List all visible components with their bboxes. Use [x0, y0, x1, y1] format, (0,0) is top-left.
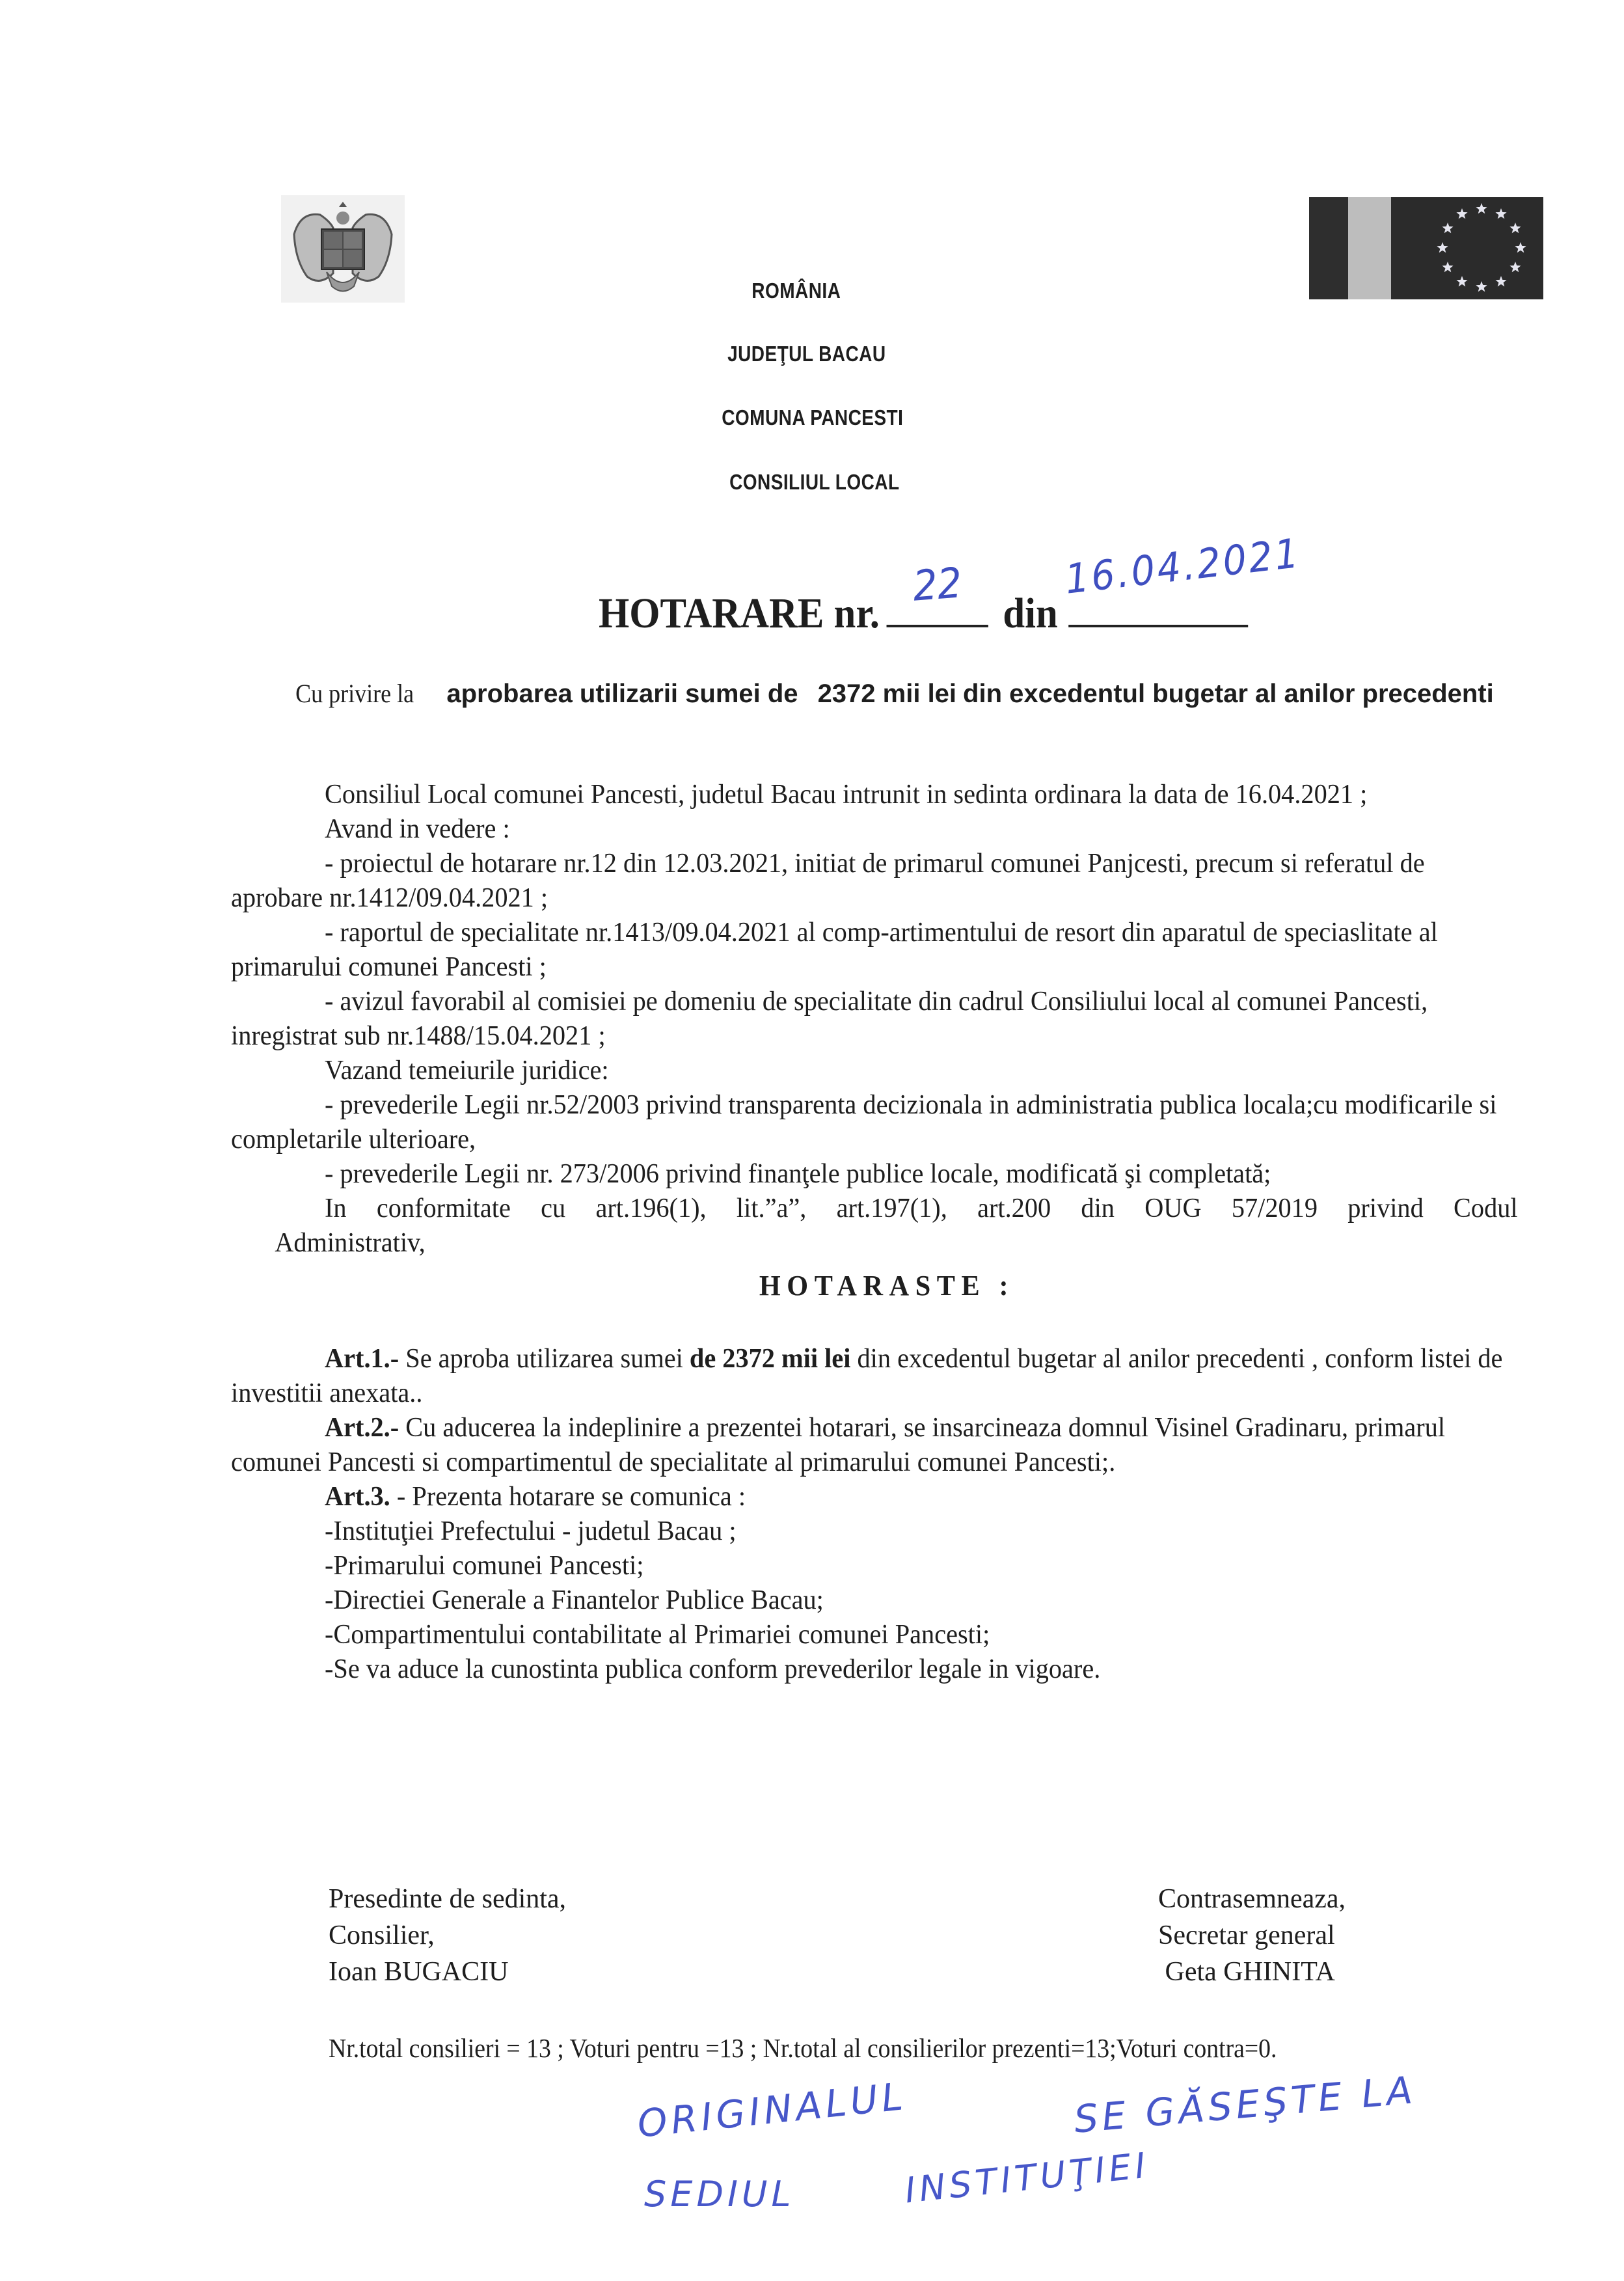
- article-label: Art.3.: [325, 1482, 390, 1512]
- article-label: Art.1.-: [325, 1344, 399, 1374]
- signature-block-secretary: Contrasemneaza, Secretar general Geta GH…: [1158, 1881, 1346, 1990]
- vote-summary: Nr.total consilieri = 13 ; Voturi pentru…: [329, 2032, 1277, 2064]
- title-label: HOTARARE: [599, 590, 824, 637]
- recipient-item: -Instituţiei Prefectului - judetul Bacau…: [231, 1514, 1518, 1549]
- subject-amount: 2372 mii lei: [818, 679, 956, 708]
- conformity-line: In conformitate cu art.196(1), lit.”a”, …: [231, 1192, 1518, 1226]
- consideration-item: - proiectul de hotarare nr.12 din 12.03.…: [231, 847, 1518, 916]
- recipient-item: -Se va aduce la cunostinta publica confo…: [231, 1652, 1518, 1687]
- considering-heading: Avand in vedere :: [231, 812, 1518, 847]
- subject-text-1: aprobarea utilizarii sumei de: [446, 679, 798, 708]
- article-label: Art.2.-: [325, 1413, 399, 1443]
- title-din-label: din: [1003, 590, 1057, 637]
- consideration-item: - raportul de specialitate nr.1413/09.04…: [231, 916, 1518, 985]
- consideration-item: - avizul favorabil al comisiei pe domeni…: [231, 985, 1518, 1054]
- handwritten-line: SEDIUL: [644, 2174, 795, 2215]
- signer-title: Consilier,: [329, 1917, 566, 1954]
- handwritten-note: ORIGINALUL SE GĂSEŞTE LA SEDIUL INSTITUŢ…: [618, 2076, 1464, 2245]
- header-commune: COMUNA PANCESTI: [122, 405, 1503, 430]
- article-1-amount: de 2372 mii lei: [690, 1344, 851, 1374]
- title-nr-label: nr.: [834, 590, 880, 637]
- article-2: Art.2.- Cu aducerea la indeplinire a pre…: [231, 1411, 1518, 1480]
- document-title: HOTARARE nr.22din16.04.2021: [599, 586, 1248, 638]
- signer-role: Contrasemneaza,: [1158, 1881, 1346, 1917]
- signer-name: Ioan BUGACIU: [329, 1954, 566, 1990]
- handwritten-date: 16.04.2021: [1063, 535, 1250, 603]
- decides-heading: HOTARASTE :: [231, 1268, 1518, 1303]
- recipient-item: -Primarului comunei Pancesti;: [231, 1549, 1518, 1583]
- header-country: ROMÂNIA: [106, 279, 1487, 303]
- handwritten-line: SE GĂSEŞTE LA: [1072, 2068, 1418, 2142]
- conformity-line-end: Administrativ,: [231, 1226, 1518, 1261]
- intro-paragraph: Consiliul Local comunei Pancesti, judetu…: [231, 778, 1518, 812]
- handwritten-number: 22: [886, 557, 990, 613]
- subject-lead: Cu privire la: [295, 677, 414, 711]
- article-3: Art.3. - Prezenta hotarare se comunica :: [231, 1480, 1518, 1514]
- document-body: Consiliul Local comunei Pancesti, judetu…: [231, 778, 1518, 1687]
- signer-name: Geta GHINITA: [1158, 1954, 1346, 1990]
- decision-number-field: 22: [887, 586, 988, 627]
- header-council: CONSILIUL LOCAL: [124, 470, 1505, 495]
- recipient-item: -Compartimentului contabilitate al Prima…: [231, 1618, 1518, 1652]
- recipient-item: -Directiei Generale a Finantelor Publice…: [231, 1583, 1518, 1618]
- handwritten-line: ORIGINALUL: [635, 2074, 908, 2146]
- subject-text-2: din excedentul bugetar al anilor precede…: [963, 679, 1494, 708]
- signature-block-president: Presedinte de sedinta, Consilier, Ioan B…: [329, 1881, 566, 1990]
- header-county: JUDEŢUL BACAU: [116, 342, 1497, 366]
- decision-date-field: 16.04.2021: [1068, 586, 1248, 627]
- signer-title: Secretar general: [1158, 1917, 1346, 1954]
- signer-role: Presedinte de sedinta,: [329, 1881, 566, 1917]
- legal-basis-heading: Vazand temeiurile juridice:: [231, 1054, 1518, 1088]
- legal-basis-item: - prevederile Legii nr.52/2003 privind t…: [231, 1088, 1518, 1157]
- decision-subject: Cu privire la aprobarea utilizarii sumei…: [273, 677, 1509, 711]
- legal-basis-item: - prevederile Legii nr. 273/2006 privind…: [231, 1157, 1518, 1192]
- handwritten-line: INSTITUŢIEI: [903, 2144, 1152, 2211]
- article-1: Art.1.- Se aproba utilizarea sumei de 23…: [231, 1342, 1518, 1411]
